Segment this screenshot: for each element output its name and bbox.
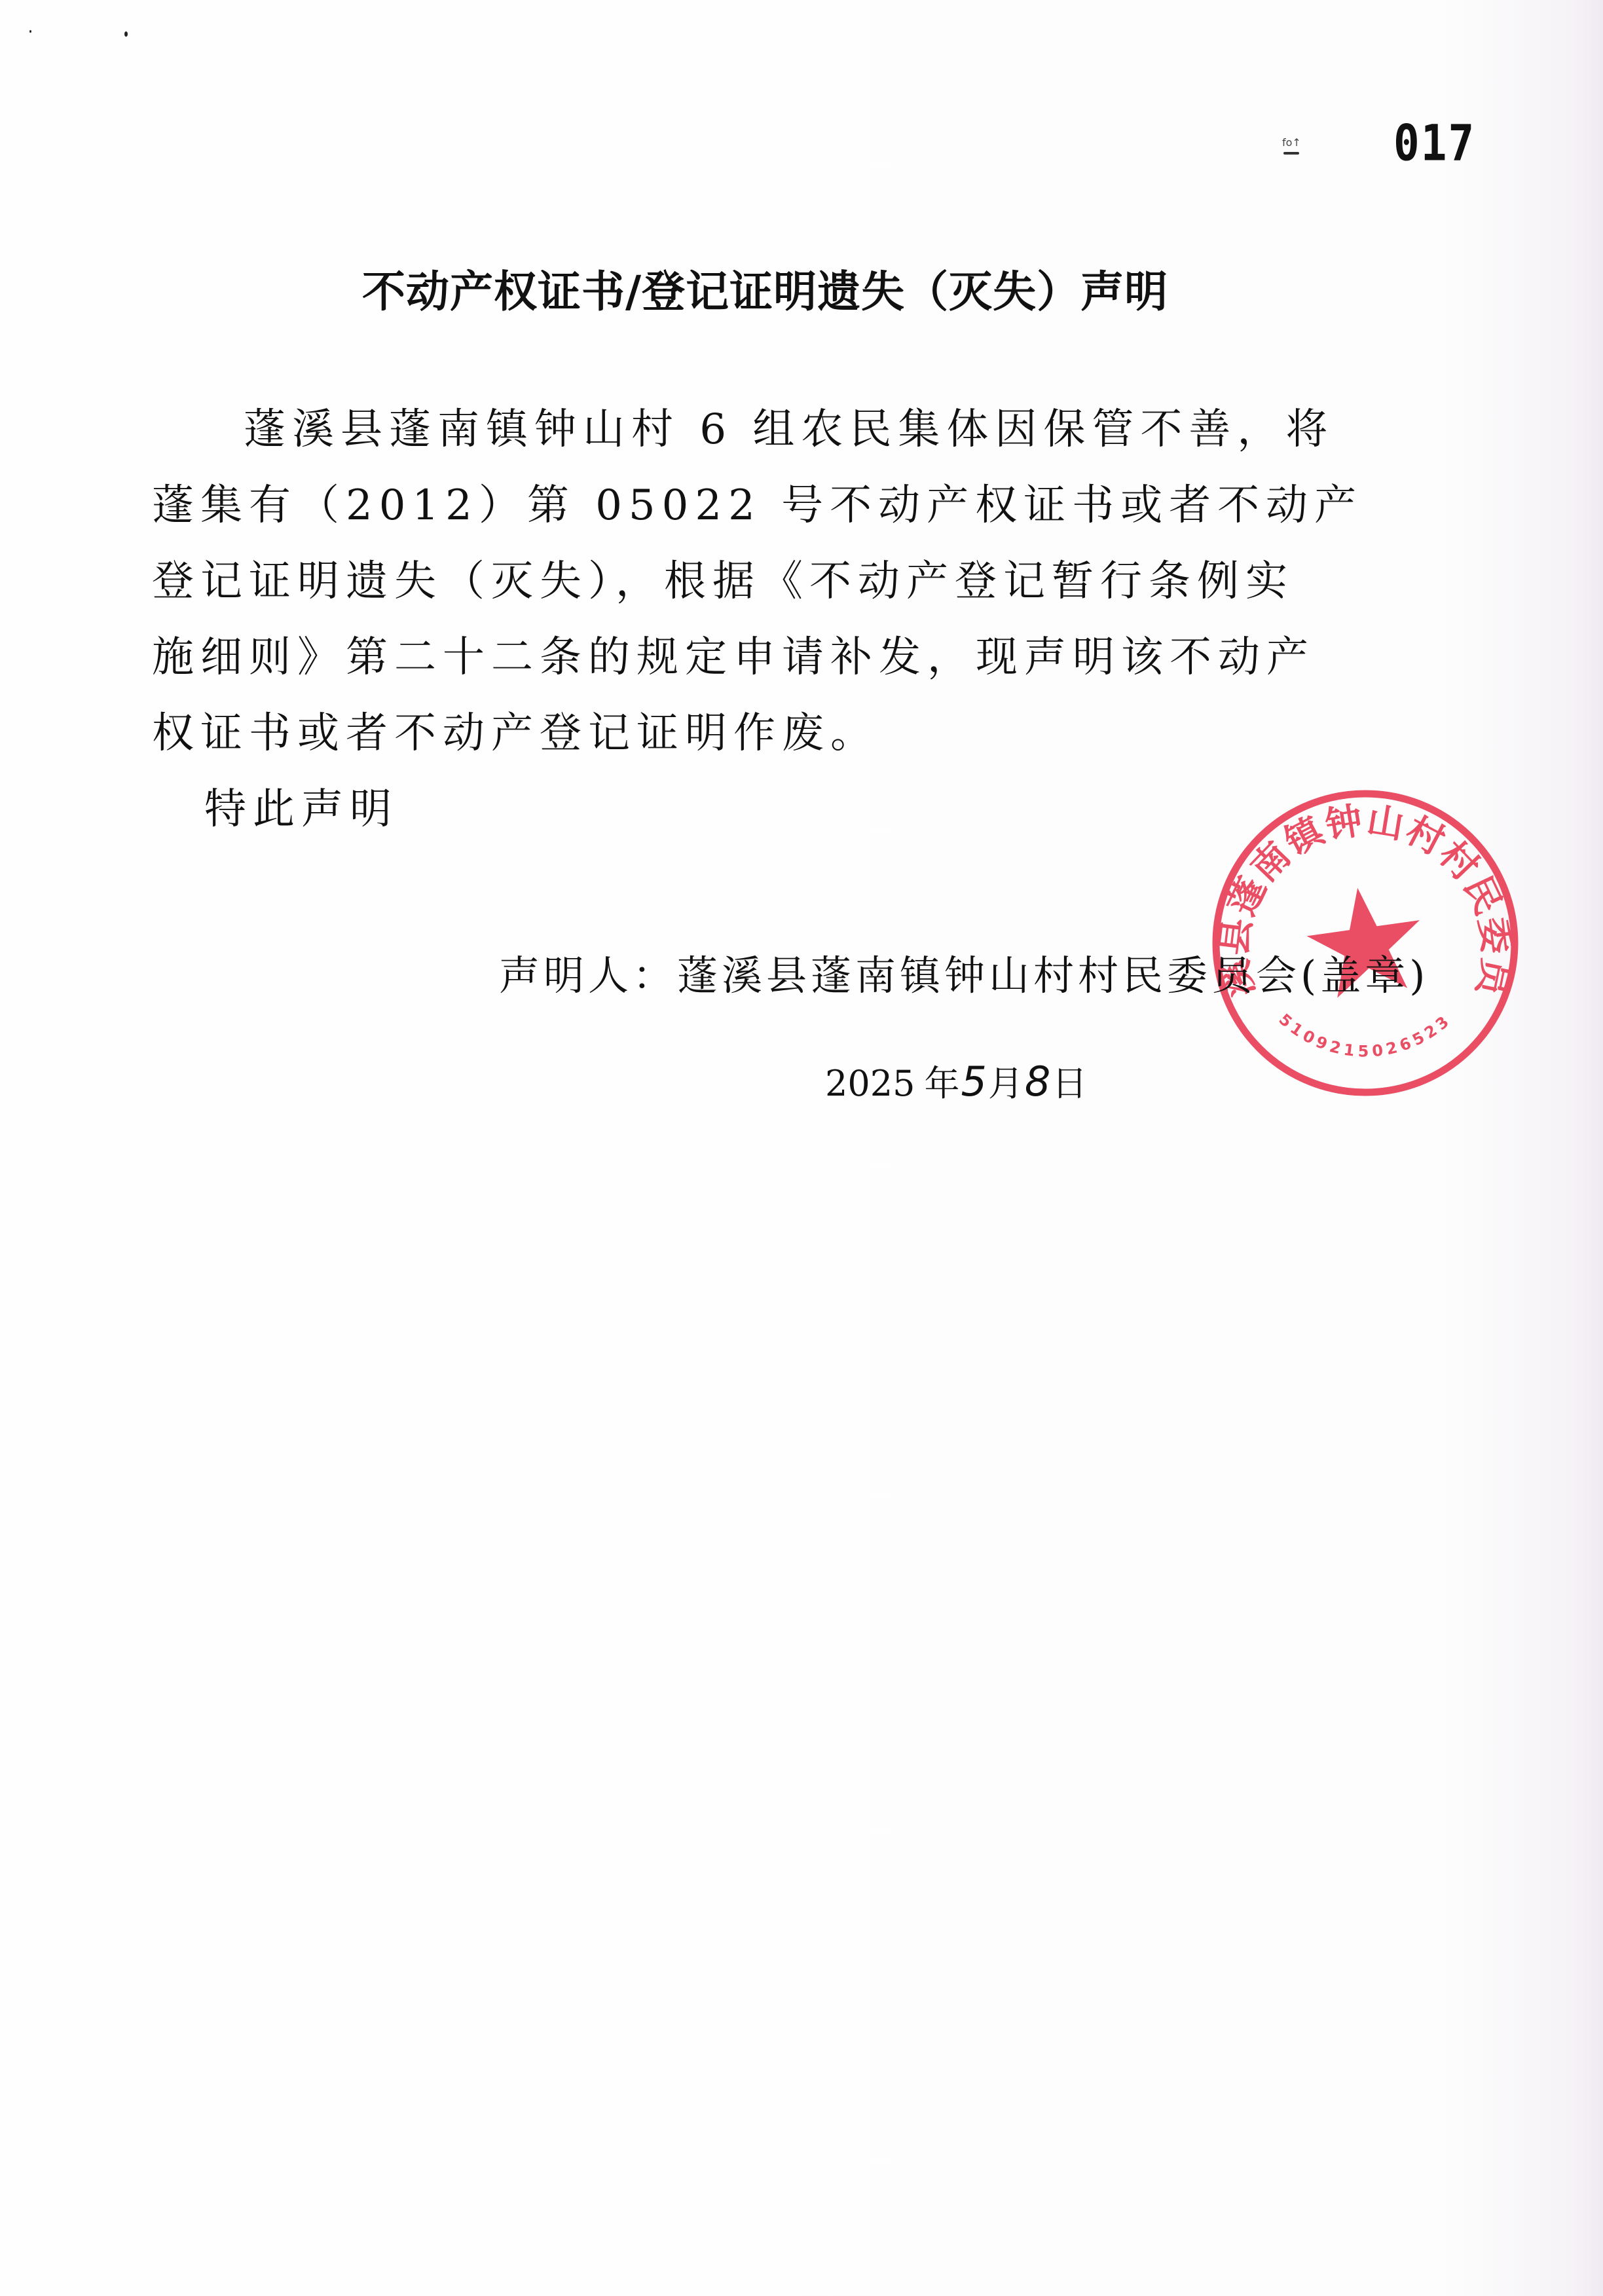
date-year: 2025 — [825, 1063, 915, 1104]
declarant-line: 声明人：蓬溪县蓬南镇钟山村村民委员会(盖章) — [499, 943, 1429, 1001]
date-day-handwritten: 8 — [1025, 1058, 1050, 1105]
seal-code: 5109215026523 — [1276, 1010, 1456, 1060]
page-number: 017 — [1393, 114, 1475, 172]
signing-date: 2025 年 5 月 8 日 — [825, 1056, 1087, 1106]
date-month-label: 月 — [988, 1056, 1023, 1106]
body-line: 蓬溪县蓬南镇钟山村 6 组农民集体因保管不善，将 — [152, 392, 1409, 468]
date-year-label: 年 — [924, 1056, 959, 1106]
body-line: 权证书或者不动产登记证明作废。 — [152, 695, 1409, 771]
body-line: 登记证明遗失（灭失），根据《不动产登记暂行条例实 — [152, 544, 1409, 620]
document-page: fo↑ 017 不动产权证书/登记证明遗失（灭失）声明 蓬溪县蓬南镇钟山村 6 … — [0, 0, 1603, 2296]
scan-speck — [124, 31, 128, 37]
date-day-label: 日 — [1052, 1056, 1087, 1106]
document-title: 不动产权证书/登记证明遗失（灭失）声明 — [362, 257, 1168, 319]
scan-speck — [29, 30, 31, 33]
date-month-handwritten: 5 — [961, 1058, 986, 1105]
corner-dash — [1283, 152, 1299, 155]
statement-body: 蓬溪县蓬南镇钟山村 6 组农民集体因保管不善，将 蓬集有（2012）第 0502… — [152, 392, 1409, 847]
svg-text:5109215026523: 5109215026523 — [1276, 1010, 1456, 1060]
corner-mark: fo↑ — [1282, 136, 1301, 149]
body-line: 蓬集有（2012）第 05022 号不动产权证书或者不动产 — [152, 468, 1409, 544]
body-line: 施细则》第二十二条的规定申请补发，现声明该不动产 — [152, 620, 1409, 695]
